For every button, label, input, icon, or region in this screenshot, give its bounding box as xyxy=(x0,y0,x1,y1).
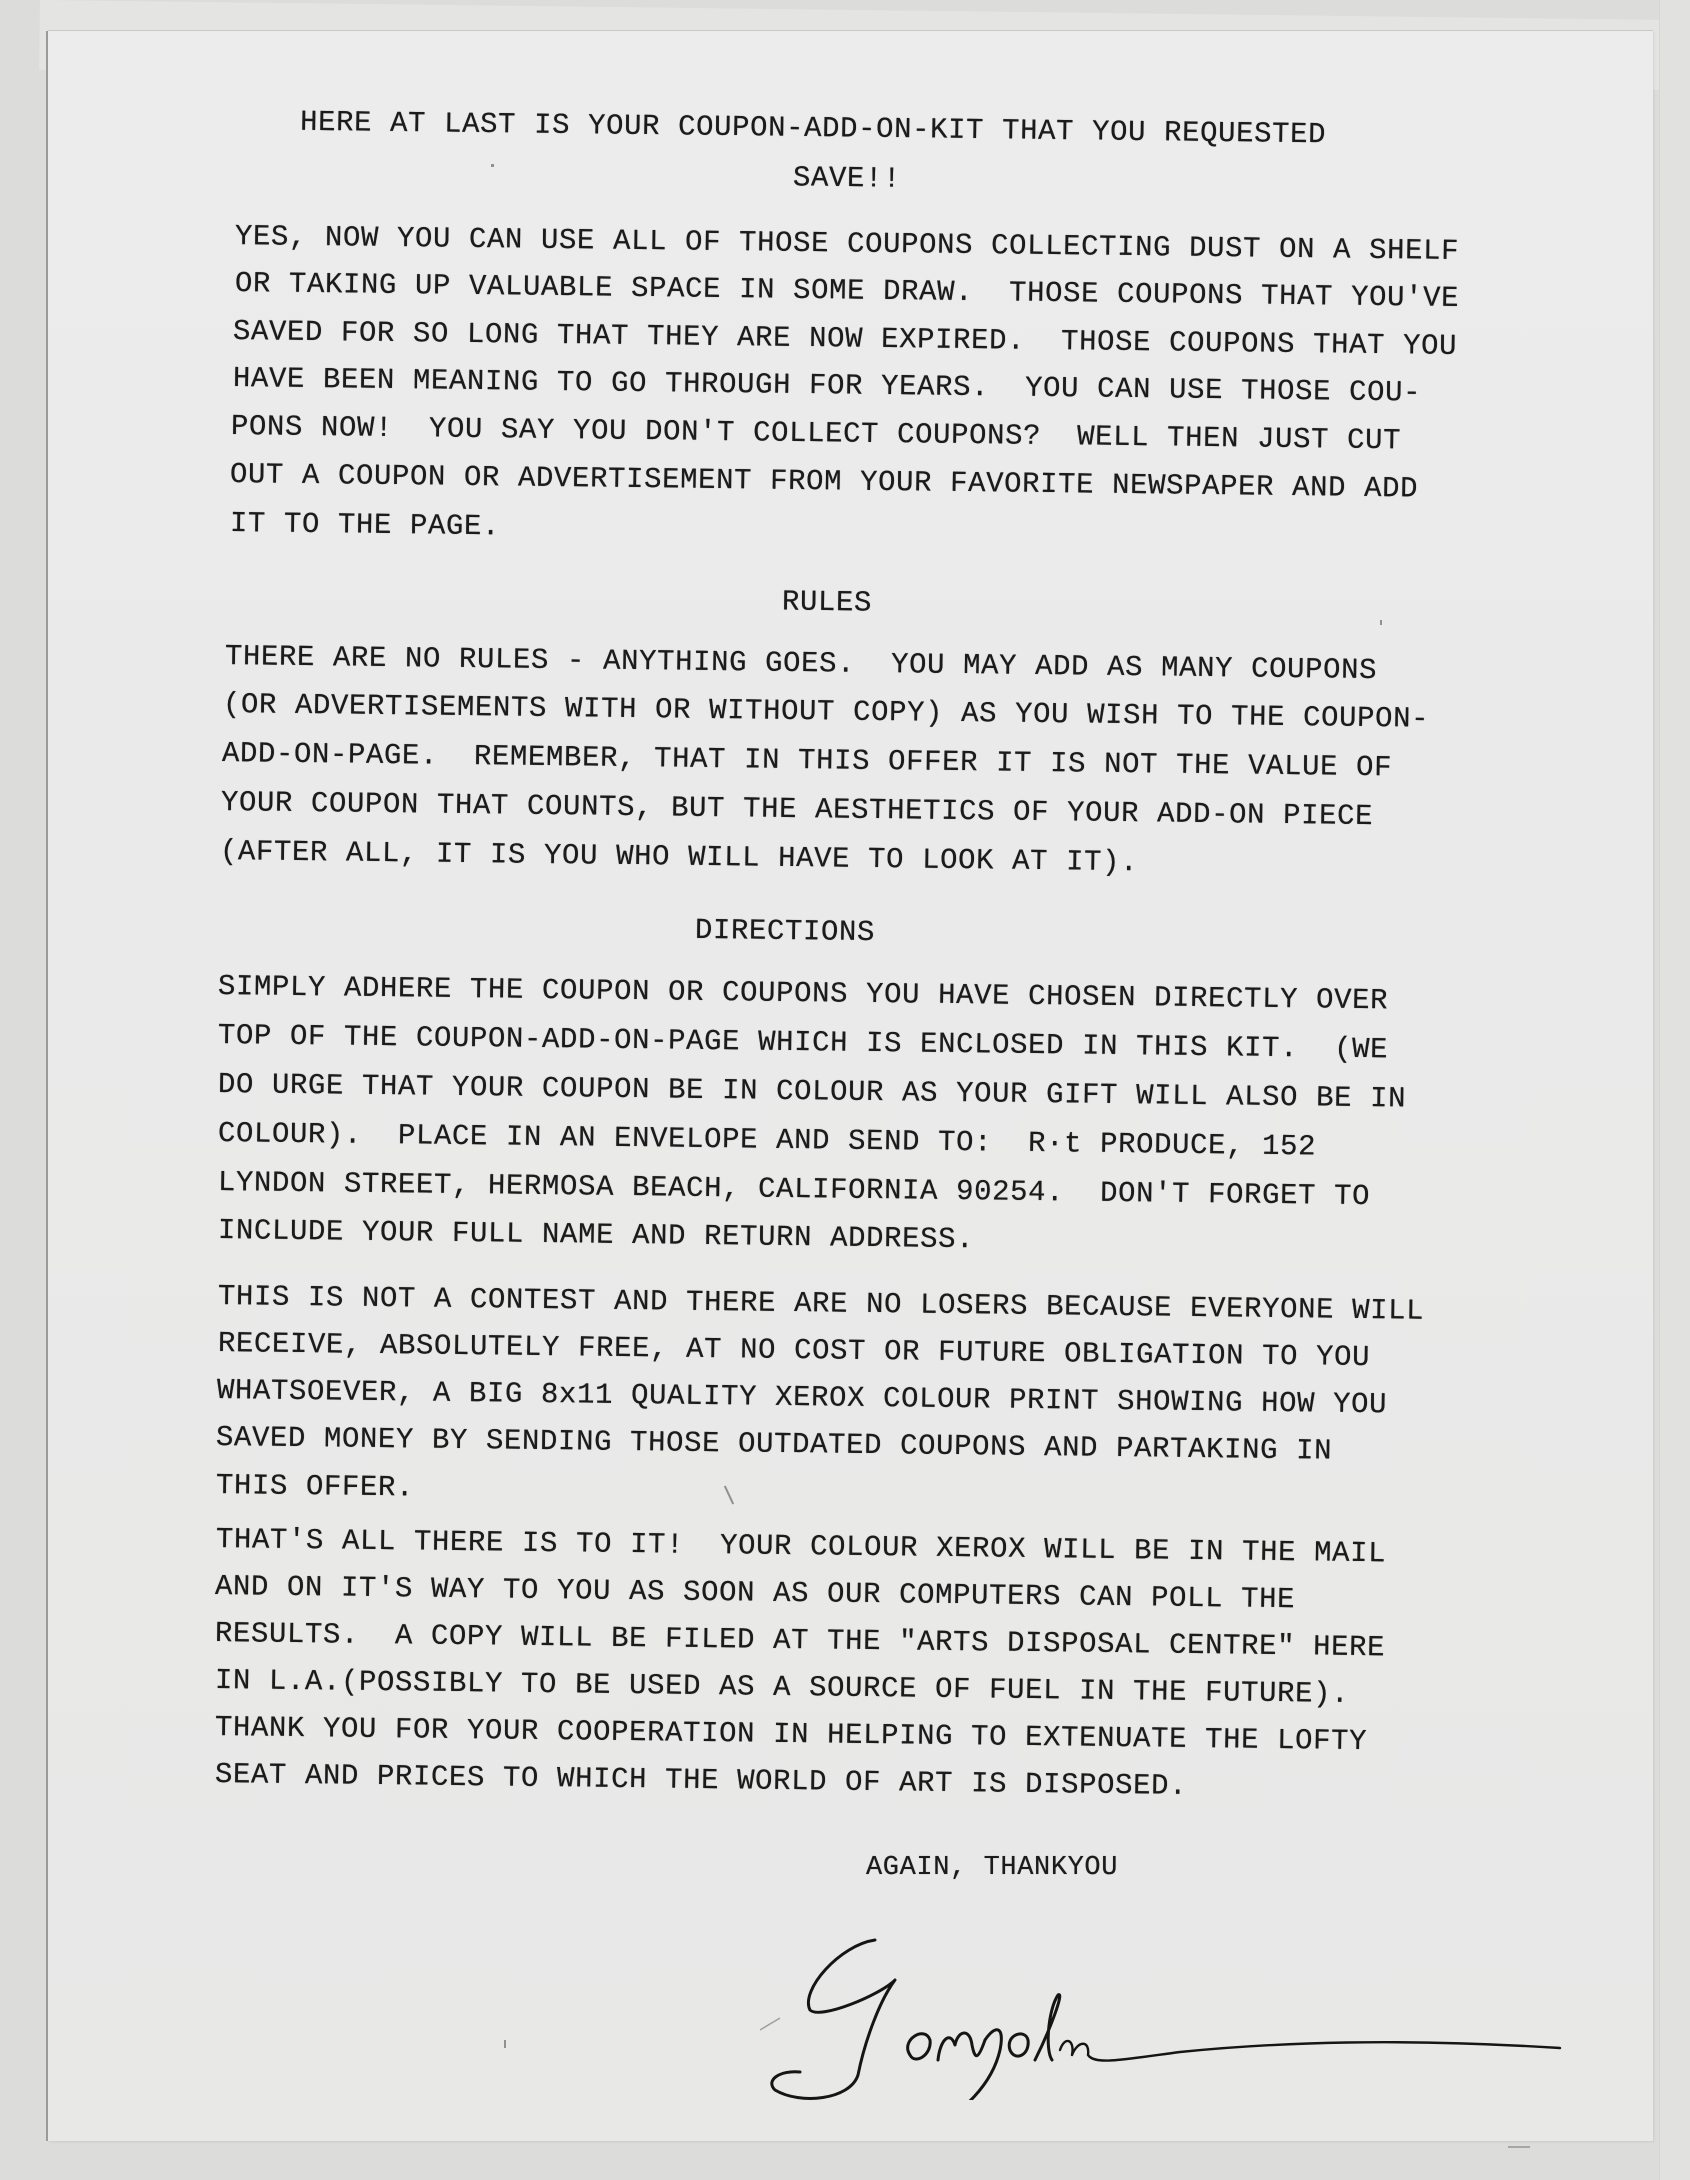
directions-line: LYNDON STREET, HERMOSA BEACH, CALIFORNIA… xyxy=(218,1166,1371,1213)
directions-line: THIS IS NOT A CONTEST AND THERE ARE NO L… xyxy=(218,1280,1425,1328)
rules-heading: RULES xyxy=(782,585,872,619)
directions-line: AND ON IT'S WAY TO YOU AS SOON AS OUR CO… xyxy=(215,1570,1295,1616)
intro-line: PONS NOW! YOU SAY YOU DON'T COLLECT COUP… xyxy=(231,410,1402,457)
directions-heading: DIRECTIONS xyxy=(695,914,875,949)
rules-line: THERE ARE NO RULES - ANYTHING GOES. YOU … xyxy=(225,640,1378,687)
directions-line: WHATSOEVER, A BIG 8x11 QUALITY XEROX COL… xyxy=(217,1374,1388,1421)
intro-line: OUT A COUPON OR ADVERTISEMENT FROM YOUR … xyxy=(230,458,1419,506)
directions-line: SAVED MONEY BY SENDING THOSE OUTDATED CO… xyxy=(216,1421,1333,1468)
directions-line: IN L.A.(POSSIBLY TO BE USED AS A SOURCE … xyxy=(215,1664,1350,1711)
scan-speck xyxy=(724,1486,734,1505)
intro-line: IT TO THE PAGE. xyxy=(230,507,500,543)
intro-line: YES, NOW YOU CAN USE ALL OF THOSE COUPON… xyxy=(235,220,1460,268)
intro-line: SAVED FOR SO LONG THAT THEY ARE NOW EXPI… xyxy=(233,315,1458,363)
directions-line: TOP OF THE COUPON-ADD-ON-PAGE WHICH IS E… xyxy=(218,1019,1389,1066)
directions-line: DO URGE THAT YOUR COUPON BE IN COLOUR AS… xyxy=(218,1068,1407,1116)
letter-content: HERE AT LAST IS YOUR COUPON-ADD-ON-KIT T… xyxy=(0,0,1690,2180)
rules-line: YOUR COUPON THAT COUNTS, BUT THE AESTHET… xyxy=(221,786,1374,833)
document-title: HERE AT LAST IS YOUR COUPON-ADD-ON-KIT T… xyxy=(300,106,1326,152)
intro-line: HAVE BEEN MEANING TO GO THROUGH FOR YEAR… xyxy=(233,362,1422,410)
directions-line: SEAT AND PRICES TO WHICH THE WORLD OF AR… xyxy=(215,1758,1187,1803)
directions-line: THAT'S ALL THERE IS TO IT! YOUR COLOUR X… xyxy=(216,1523,1387,1570)
scan-speck xyxy=(1380,620,1382,625)
intro-line: OR TAKING UP VALUABLE SPACE IN SOME DRAW… xyxy=(235,267,1460,315)
directions-line: RESULTS. A COPY WILL BE FILED AT THE "AR… xyxy=(215,1617,1386,1664)
scan-speck xyxy=(1508,2146,1530,2148)
document-subtitle: SAVE!! xyxy=(793,161,901,195)
rules-line: (AFTER ALL, IT IS YOU WHO WILL HAVE TO L… xyxy=(220,835,1138,879)
directions-line: INCLUDE YOUR FULL NAME AND RETURN ADDRES… xyxy=(218,1214,974,1256)
directions-line: THIS OFFER. xyxy=(216,1469,414,1504)
scan-speck xyxy=(504,2040,506,2048)
directions-line: SIMPLY ADHERE THE COUPON OR COUPONS YOU … xyxy=(218,970,1389,1017)
scan-speck xyxy=(491,164,494,167)
rules-line: (OR ADVERTISEMENTS WITH OR WITHOUT COPY)… xyxy=(223,688,1430,736)
directions-line: COLOUR). PLACE IN AN ENVELOPE AND SEND T… xyxy=(218,1117,1317,1163)
directions-line: THANK YOU FOR YOUR COOPERATION IN HELPIN… xyxy=(215,1711,1368,1758)
signature-drawing: Tomyola xyxy=(760,1900,1610,2100)
rules-line: ADD-ON-PAGE. REMEMBER, THAT IN THIS OFFE… xyxy=(222,737,1393,784)
directions-line: RECEIVE, ABSOLUTELY FREE, AT NO COST OR … xyxy=(218,1327,1371,1374)
closing-text: AGAIN, THANKYOU xyxy=(866,1853,1118,1883)
